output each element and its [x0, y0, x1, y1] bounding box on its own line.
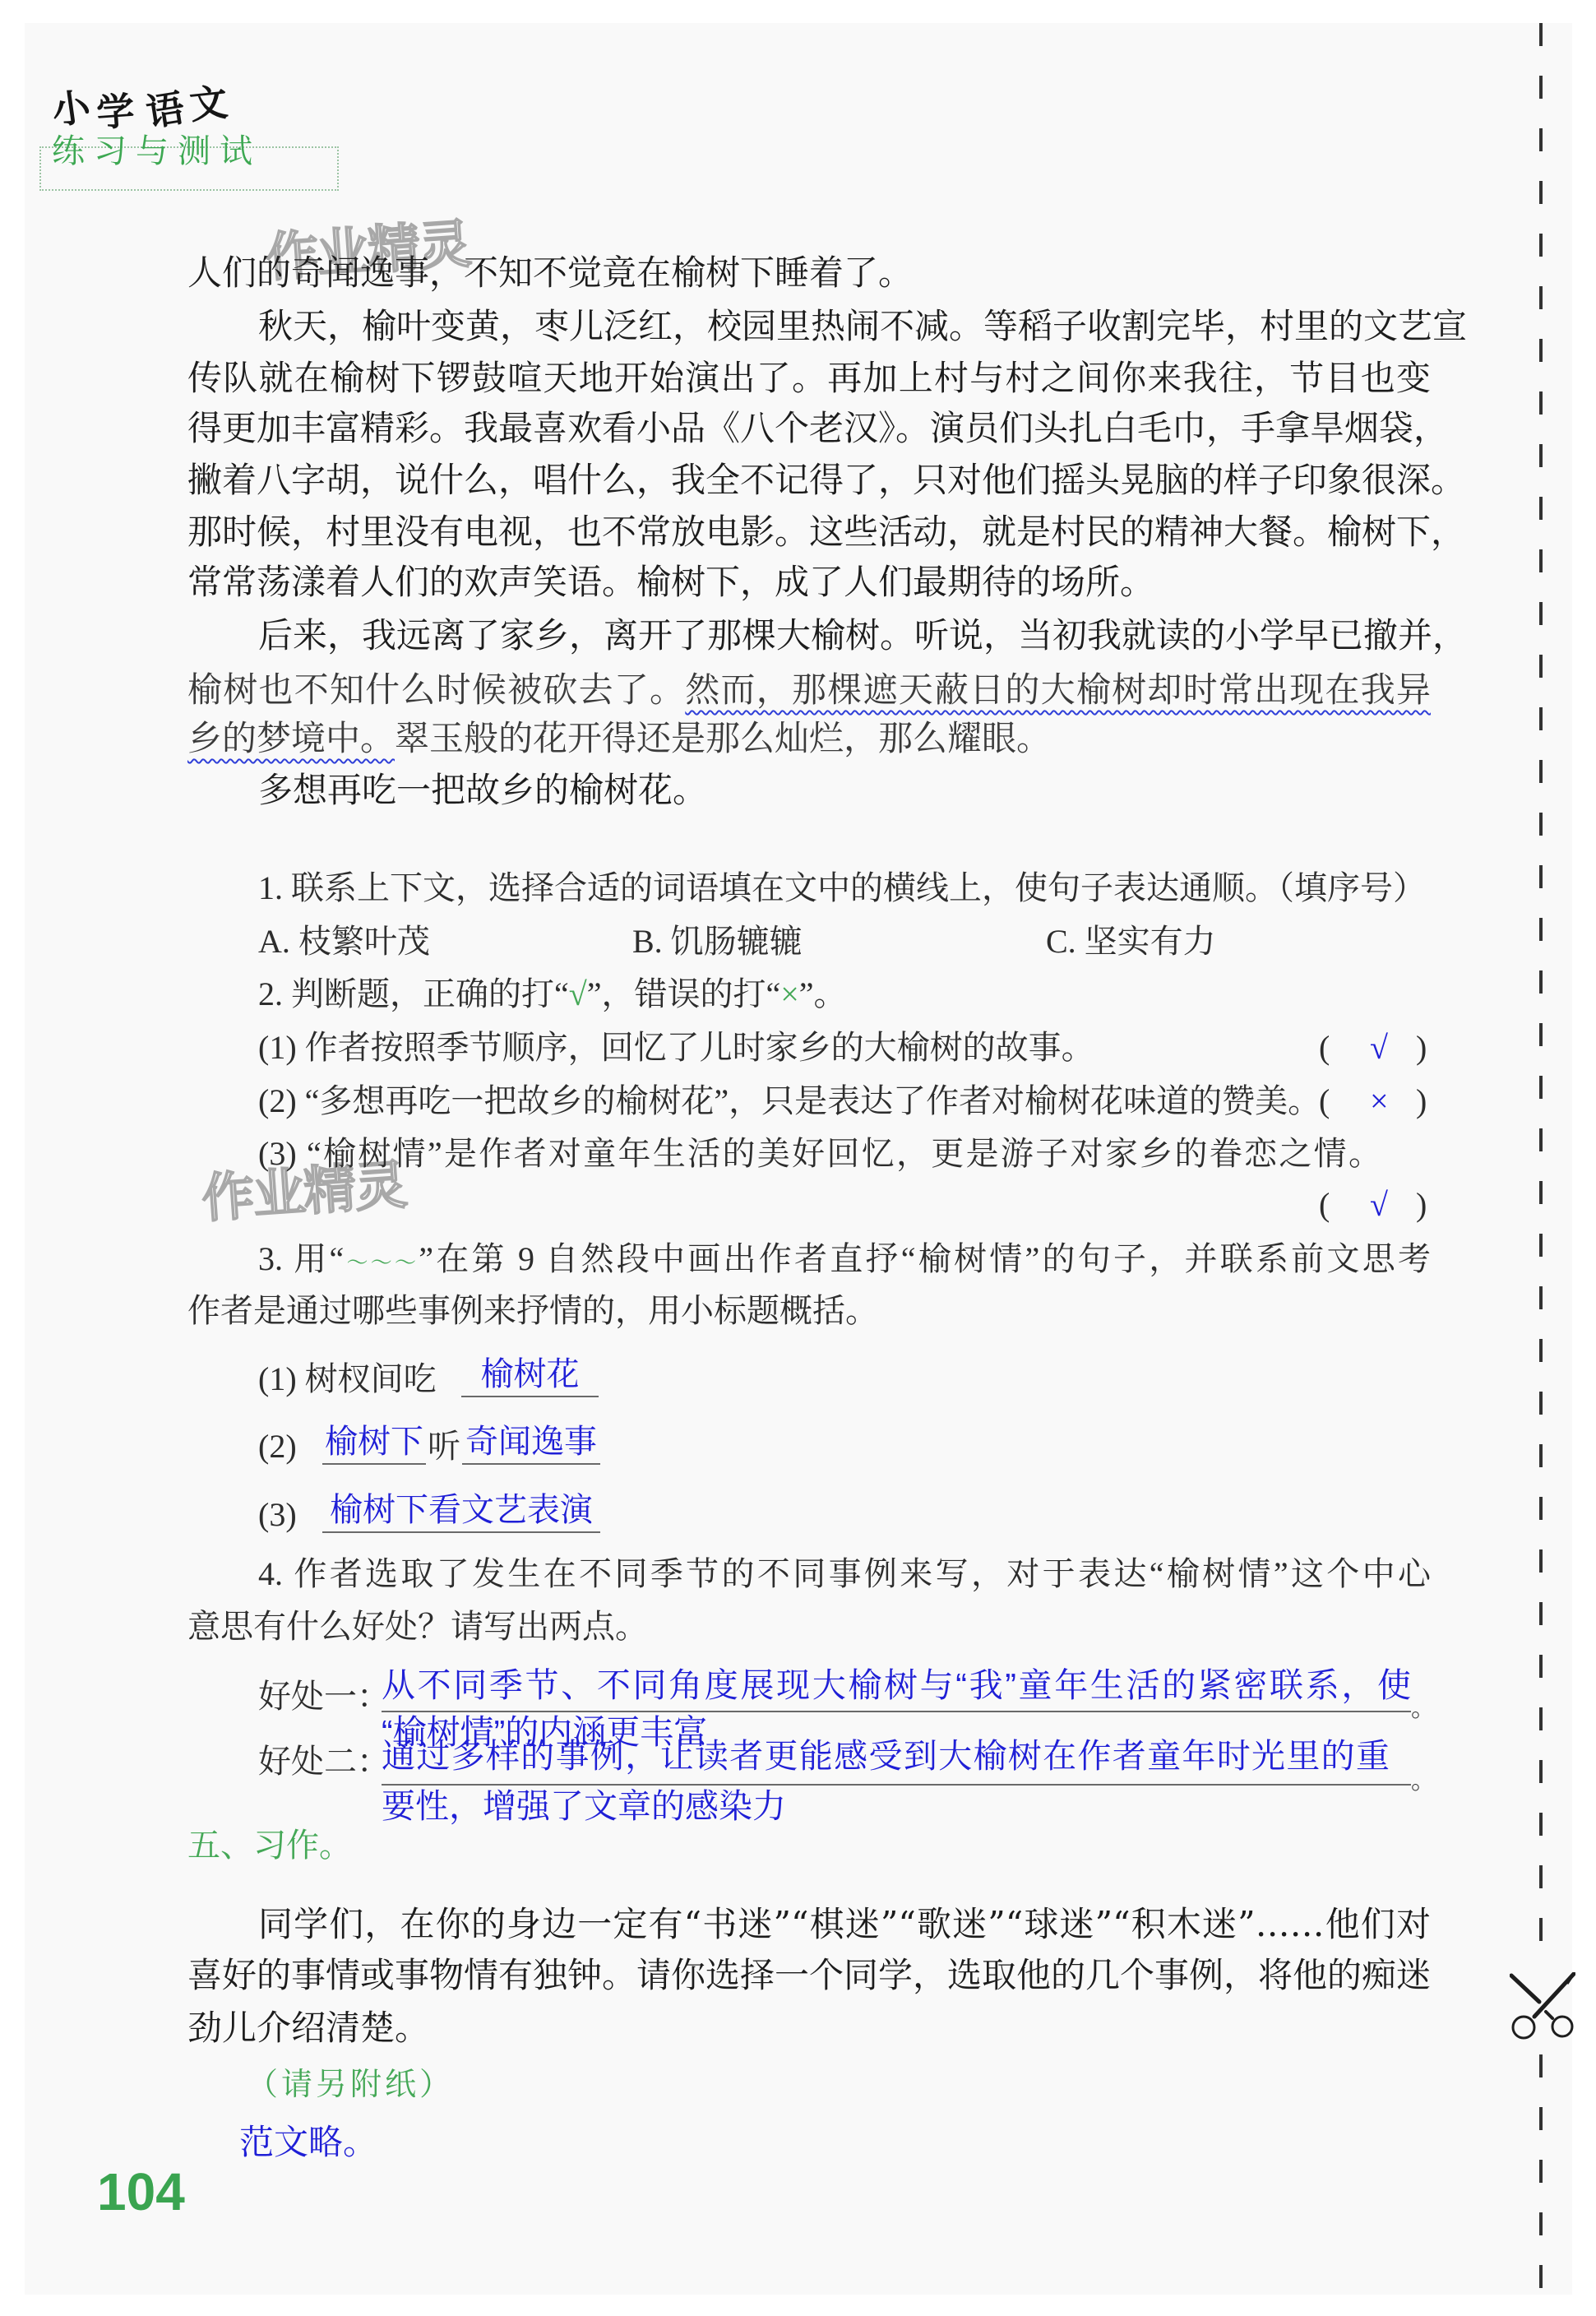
period-mark: 。	[1411, 1688, 1436, 1730]
wavy-underlined-sentence: 然而，那棵遮天蔽日的大榆树却时常出现在我异	[685, 669, 1431, 710]
question-prompt: 意思有什么好处？请写出两点。	[187, 1605, 648, 1648]
passage-text: 翠玉般的花开得还是那么灿烂，那么耀眼。	[395, 718, 1051, 758]
writing-prompt-line: 喜好的事情或事物情有独钟。请你选择一个同学，选取他的几个事例，将他的痴迷	[187, 1954, 1431, 1997]
passage-line: 那时候，村里没有电视，也不常放电影。这些活动，就是村民的精神大餐。榆树下，	[187, 511, 1431, 554]
judgement-answer-slot: ( √ )	[1319, 1026, 1434, 1069]
question-prompt: 1. 联系上下文，选择合适的词语填在文中的横线上，使句子表达通顺。（填序号）	[258, 867, 1409, 910]
option-a: A. 枝繁叶茂	[258, 920, 430, 963]
prompt-text: 3. 用“	[258, 1240, 344, 1277]
option-c: C. 坚实有力	[1046, 920, 1216, 963]
open-paren: (	[1319, 1183, 1330, 1226]
subtitle-item-3: (3)	[258, 1494, 297, 1536]
book-subtitle: 练习与测试	[52, 125, 261, 172]
cross-mark-icon: ×	[1370, 1080, 1389, 1123]
period-mark: 。	[1411, 1760, 1436, 1803]
judgement-item: (2) “多想再吃一把故乡的榆树花”，只是表达了作者对榆树花味道的赞美。	[258, 1080, 1300, 1123]
attach-paper-note: （请另附纸）	[247, 2063, 454, 2105]
subtitle-item-1: (1) 树杈间吃	[258, 1358, 437, 1401]
passage-line: 传队就在榆树下锣鼓喧天地开始演出了。再加上村与村之间你来我往，节目也变	[187, 357, 1431, 400]
item-prefix: 树杈间吃	[305, 1360, 437, 1397]
wavy-underlined-sentence: 乡的梦境中。	[187, 718, 395, 758]
item-number: (1)	[258, 1360, 297, 1397]
benefit-2-label: 好处二：	[258, 1740, 390, 1783]
judgement-answer-slot: ( √ )	[1319, 1183, 1434, 1226]
passage-line: 多想再吃一把故乡的榆树花。	[258, 769, 707, 812]
close-paren: )	[1416, 1080, 1427, 1123]
prompt-text: ”。	[799, 975, 847, 1012]
judgement-answer-slot: ( × )	[1319, 1080, 1434, 1123]
scissors-icon	[1510, 1972, 1575, 2043]
close-paren: )	[1416, 1026, 1427, 1069]
passage-text: 榆树也不知什么时候被砍去了。	[187, 669, 685, 710]
question-prompt: 4. 作者选取了发生在不同季节的不同事例来写，对于表达“榆树情”这个中心	[258, 1553, 1431, 1596]
writing-prompt-line: 同学们，在你的身边一定有“书迷”“棋迷”“歌迷”“球迷”“积木迷”……他们对	[258, 1903, 1431, 1946]
prompt-text: ”在第 9 自然段中画出作者直抒“榆树情”的句子，并联系前文思考	[419, 1240, 1431, 1277]
passage-line: 后来，我远离了家乡，离开了那棵大榆树。听说，当初我就读的小学早已撤并，	[258, 614, 1431, 657]
passage-line: 人们的奇闻逸事，不知不觉竟在榆树下睡着了。	[187, 252, 913, 294]
question-prompt: 作者是通过哪些事例来抒情的，用小标题概括。	[187, 1290, 878, 1332]
cross-mark-icon: ×	[780, 975, 799, 1012]
check-mark-icon: √	[1370, 1183, 1388, 1226]
check-mark-icon: √	[569, 975, 587, 1012]
passage-line: 撇着八字胡，说什么，唱什么，我全不记得了，只对他们摇头晃脑的样子印象很深。	[187, 459, 1431, 502]
prompt-text: 2. 判断题，正确的打“	[258, 975, 569, 1012]
answer-blank: 榆树下看文艺表演	[322, 1489, 600, 1533]
answer-blank: 榆树下	[322, 1420, 426, 1465]
passage-line: 秋天，榆叶变黄，枣儿泛红，校园里热闹不减。等稻子收割完毕，村里的文艺宣	[258, 305, 1431, 348]
series-char: 文	[187, 72, 230, 130]
benefit-2-answer-cont: 要性，增强了文章的感染力	[382, 1785, 786, 1827]
benefit-2-answer: 通过多样的事例，让读者更能感受到大榆树在作者童年时光里的重	[382, 1735, 1390, 1777]
prompt-text: ”，错误的打“	[587, 975, 781, 1012]
item-connector: 听	[428, 1425, 460, 1468]
close-paren: )	[1416, 1183, 1427, 1226]
writing-answer: 范文略。	[239, 2122, 377, 2165]
subtitle-item-2: (2)	[258, 1425, 297, 1468]
open-paren: (	[1319, 1026, 1330, 1069]
question-prompt: 3. 用“～～～”在第 9 自然段中画出作者直抒“榆树情”的句子，并联系前文思考	[258, 1238, 1431, 1281]
question-prompt: 2. 判断题，正确的打“√”，错误的打“×”。	[258, 973, 847, 1016]
open-paren: (	[1319, 1080, 1330, 1123]
passage-line: 乡的梦境中。翠玉般的花开得还是那么灿烂，那么耀眼。	[187, 717, 1051, 760]
answer-blank: 榆树花	[461, 1353, 599, 1397]
benefit-1-answer: 从不同季节、不同角度展现大榆树与“我”童年生活的紧密联系，使	[382, 1664, 1411, 1707]
cut-line-dashed	[1539, 2054, 1543, 2295]
cut-line-dashed	[1539, 23, 1543, 1966]
benefit-1-label: 好处一：	[258, 1675, 390, 1718]
writing-prompt-line: 劲儿介绍清楚。	[187, 2007, 429, 2050]
check-mark-icon: √	[1370, 1026, 1388, 1069]
passage-line: 得更加丰富精彩。我最喜欢看小品《八个老汉》。演员们头扎白毛巾，手拿旱烟袋，	[187, 407, 1431, 450]
judgement-item: (1) 作者按照季节顺序，回忆了儿时家乡的大榆树的故事。	[258, 1026, 1094, 1069]
judgement-item: (3) “榆树情”是作者对童年生活的美好回忆，更是游子对家乡的眷恋之情。	[258, 1133, 1381, 1175]
section-title: 五、习作。	[187, 1824, 352, 1867]
page-number: 104	[97, 2161, 185, 2222]
wavy-line-symbol-icon: ～～～	[344, 1251, 419, 1275]
passage-line: 榆树也不知什么时候被砍去了。然而，那棵遮天蔽日的大榆树却时常出现在我异	[187, 669, 1431, 711]
option-b: B. 饥肠辘辘	[632, 920, 803, 963]
answer-blank: 奇闻逸事	[462, 1420, 600, 1465]
passage-line: 常常荡漾着人们的欢声笑语。榆树下，成了人们最期待的场所。	[187, 561, 1154, 604]
